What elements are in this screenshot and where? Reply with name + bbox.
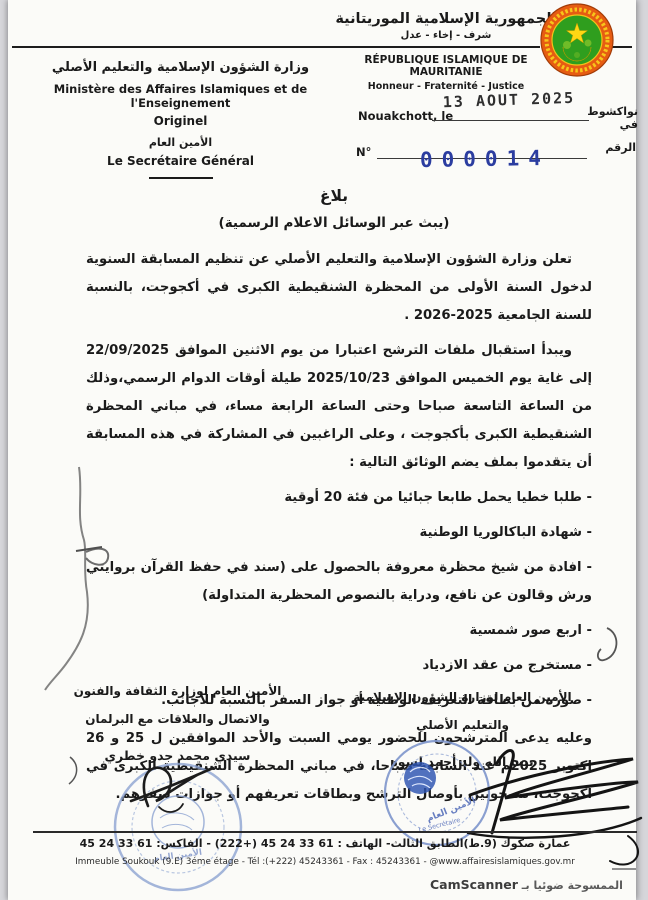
- national-emblem-seal: [540, 3, 614, 77]
- republic-name-arabic: الجمهورية الإسلامية الموريتانية: [335, 11, 557, 27]
- header-rule: [12, 46, 540, 48]
- ref-number-stamp: 000014: [420, 146, 550, 172]
- signatory-title-line2: والتعليم الأصلي: [345, 718, 580, 732]
- ministry-title-french-line2: Originel: [28, 114, 333, 128]
- body-paragraph-1: تعلن وزارة الشؤون الإسلامية والتعليم الأ…: [86, 246, 592, 330]
- signatory-name: بيت الله ولد أحمد لسود: [345, 754, 580, 769]
- footer-address-french: Immeuble Soukouk (9.E) 3éme étage - Tél …: [55, 857, 595, 867]
- ref-label-arabic: الرقم: [598, 141, 636, 154]
- ministry-header-block: وزارة الشؤون الإسلامية والتعليم الأصلي M…: [28, 60, 333, 179]
- signature-block-culture: الأمين العام لوزارة الثقافة والفنون والا…: [50, 684, 305, 763]
- footer-address-arabic: عمارة صكوك (9.ط)الطابق الثالث- الهاتف : …: [60, 837, 590, 850]
- required-document-item: - شهادة الباكالوريا الوطنية: [86, 519, 592, 547]
- republic-header-block: الجمهورية الإسلامية الموريتانية شرف - إخ…: [335, 11, 557, 92]
- signature-block-islamic-affairs: الأمين العام لوزارة الشؤون الإسلامية وال…: [345, 690, 580, 769]
- signatory-title-line1: الأمين العام لوزارة الشؤون الإسلامية: [345, 690, 580, 704]
- national-motto-arabic: شرف - إخاء - عدل: [335, 30, 557, 41]
- communique-subtitle: (يبث عبر الوسائل الاعلام الرسمية): [94, 215, 574, 231]
- secretary-general-french: Le Secrétaire Général: [28, 154, 333, 168]
- republic-name-french: RÉPUBLIQUE ISLAMIQUE DE MAURITANIE: [335, 54, 557, 78]
- required-document-item: - اربع صور شمسية: [86, 617, 592, 645]
- body-paragraph-2: ويبدأ استقبال ملفات الترشح اعتبارا من يو…: [86, 337, 592, 477]
- watermark-dash: [612, 868, 636, 870]
- ministry-title-french: Ministère des Affaires Islamiques et de …: [28, 82, 333, 110]
- required-document-item: - طلبا خطيا يحمل طابعا جبائيا من فئة 20 …: [86, 484, 592, 512]
- footer-rule: [33, 831, 637, 833]
- signatory-name: سيدي محمد جدو خطري: [50, 748, 305, 763]
- header-rule-dash: [611, 46, 632, 48]
- camscanner-watermark: الممسوحة ضوئيا بـ CamScanner: [430, 877, 645, 892]
- required-document-item: - افادة من شيخ محظرة معروفة بالحصول على …: [86, 554, 592, 610]
- signature-block-underline: [149, 177, 213, 179]
- dateline-city-arabic: نواكشوط في: [588, 105, 638, 131]
- required-document-item: - مستخرج من عقد الازدياد: [86, 652, 592, 680]
- ministry-title-arabic: وزارة الشؤون الإسلامية والتعليم الأصلي: [28, 60, 333, 75]
- watermark-app-name: CamScanner: [430, 877, 518, 892]
- scanned-document-page: وزارة الشؤون الإسلامية والتعليم الأصلي M…: [0, 0, 648, 900]
- communique-title: بلاغ: [94, 187, 574, 205]
- signatory-title-line1: الأمين العام لوزارة الثقافة والفنون: [50, 684, 305, 698]
- signatory-title-line2: والاتصال والعلاقات مع البرلمان: [50, 712, 305, 726]
- ref-label-french: N°: [356, 145, 371, 159]
- watermark-text-arabic: الممسوحة ضوئيا بـ: [522, 879, 623, 892]
- secretary-general-arabic: الأمين العام: [28, 136, 333, 149]
